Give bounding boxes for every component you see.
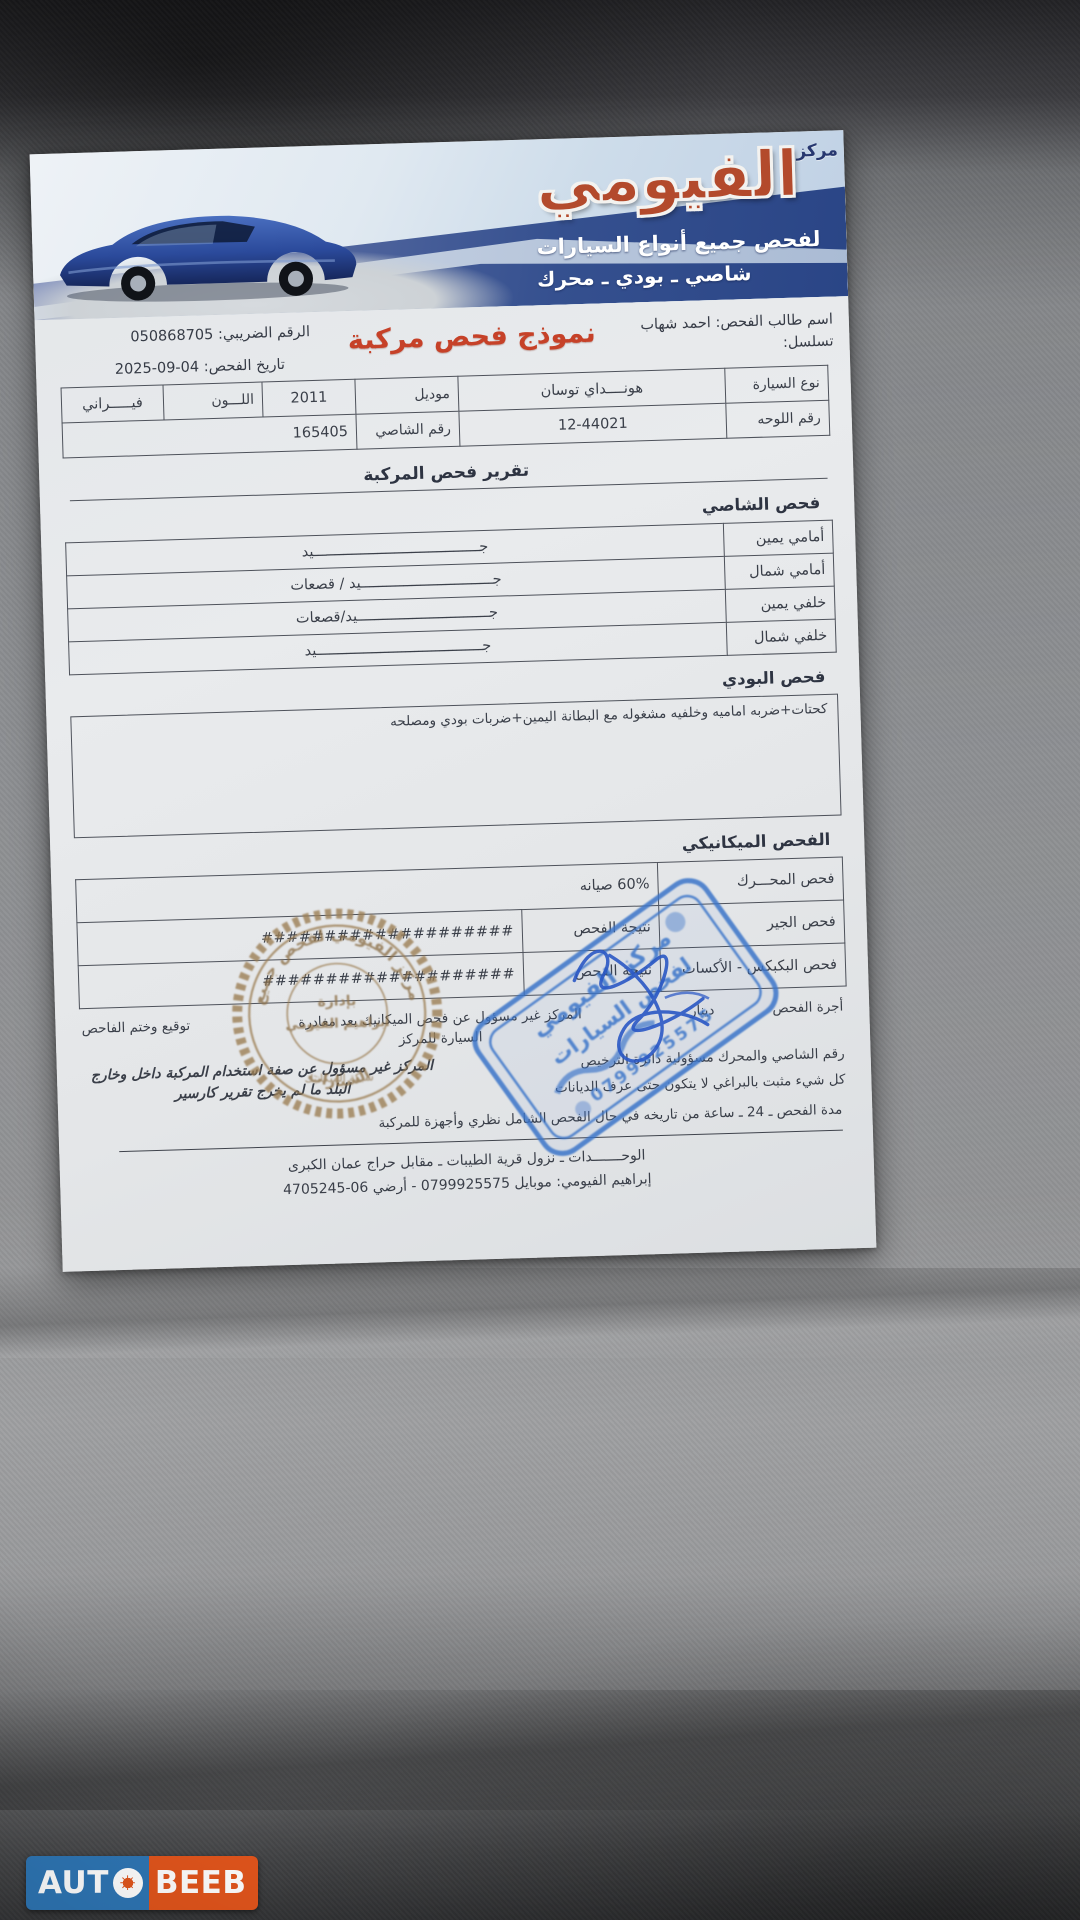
inspection-form-paper: مركز الفيومي لفحص جميع أنواع السيارات شا… <box>30 130 877 1272</box>
autobeeb-watermark: AUT ✳ BEEB <box>26 1856 258 1910</box>
bottom-notes: أجرة الفحصدينار المركز غير مسؤول عن فحص … <box>81 997 846 1143</box>
form-title: نموذج فحص مركبة <box>347 318 596 356</box>
header-banner: مركز الفيومي لفحص جميع أنواع السيارات شا… <box>30 130 849 320</box>
wheel-icon: ✳ <box>113 1868 143 1898</box>
chassis-inspection-table: أمامي يمين جــــــــــــــــــــــــــــ… <box>65 520 837 676</box>
car-illustration <box>45 180 368 309</box>
inspection-date-line: تاريخ الفحص: 04-09-2025 <box>56 357 285 380</box>
watermark-right-text: BEEB <box>155 1865 247 1901</box>
row-label: فحص البكبكس - الأكسات <box>660 943 846 991</box>
fee-label: أجرة الفحص <box>772 999 843 1017</box>
model-value: 2011 <box>262 379 356 417</box>
mechanic-disclaimer: المركز غير مسؤول عن فحص الميكانيك بعد مغ… <box>290 1004 591 1053</box>
seat-fold <box>0 1690 1080 1810</box>
color-value: فيـــــراني <box>61 385 164 423</box>
row-label: فحص الجير <box>659 900 845 948</box>
body-inspection-note: كحتات+ضربه اماميه وخلفيه مشغوله مع البطا… <box>70 694 841 839</box>
plate-value: 12-44021 <box>459 403 727 446</box>
tax-number-line: الرقم الضريبي: 050868705 <box>55 324 310 348</box>
row-label: فحص المحـــرك <box>657 857 843 905</box>
mechanical-inspection-table: فحص المحـــرك 60% صيانه فحص الجير نتيجة … <box>75 857 847 1010</box>
color-label: اللـــون <box>163 382 263 420</box>
row-label: أمامي يمين <box>723 520 833 556</box>
vehicle-info-table: نوع السيارة هونــــداي توسان موديل 2011 … <box>61 365 831 459</box>
row-label: خلفي شمال <box>726 619 836 655</box>
row-label: أمامي شمال <box>724 553 834 589</box>
chassis-number-label: رقم الشاصي <box>356 411 460 449</box>
seat-fold <box>0 1268 1080 1358</box>
model-label: موديل <box>355 376 459 414</box>
chassis-responsibility-note: رقم الشاصي والمحرك مسؤولية دائرة الترخيص <box>494 1043 845 1074</box>
plate-label: رقم اللوحه <box>726 400 830 438</box>
fee-unit: دينار <box>690 1002 715 1019</box>
watermark-left-text: AUT <box>38 1865 109 1901</box>
brand-logo-text: الفيومي <box>535 138 800 220</box>
vehicle-type-label: نوع السيارة <box>725 365 829 403</box>
fee-line: أجرة الفحصدينار <box>690 997 844 1022</box>
brand-small-label: مركز <box>796 140 838 161</box>
result-label: نتيجة الفحص <box>523 948 661 995</box>
signature-stamp-label: توقيع وختم الفاحص <box>81 1016 190 1039</box>
row-label: خلفي يمين <box>725 586 835 622</box>
usage-disclaimer: المركز غير مسؤول عن صفة استخدام المركبة … <box>83 1055 442 1108</box>
watermark-right-segment: BEEB <box>149 1856 259 1910</box>
bolts-note: كل شيء مثبت بالبراغي لا يتكون حتى عرف ال… <box>495 1069 846 1100</box>
result-label: نتيجة الفحص <box>522 905 660 952</box>
chassis-number-value: 165405 <box>62 414 357 458</box>
watermark-left-segment: AUT ✳ <box>26 1856 149 1910</box>
